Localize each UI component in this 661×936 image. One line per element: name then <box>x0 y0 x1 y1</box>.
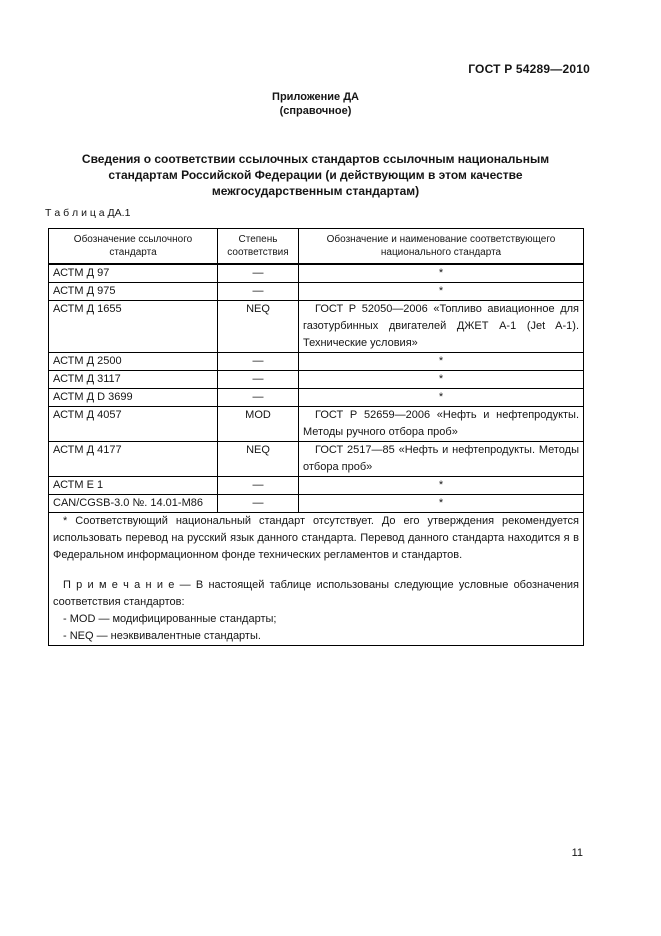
table-row: АСТМ Д 4177 NEQ ГОСТ 2517—85 «Нефть и не… <box>49 442 584 477</box>
national-standard-cell: * <box>299 264 584 283</box>
table-note-item: - MOD — модифицированные стандарты; <box>53 611 579 628</box>
referenced-standard-cell: АСТМ Д 4057 <box>49 407 218 442</box>
table-note-item: - NEQ — неэквивалентные стандарты. <box>53 628 579 645</box>
degree-cell: — <box>218 264 299 283</box>
degree-cell: — <box>218 371 299 389</box>
degree-cell: — <box>218 389 299 407</box>
referenced-standard-cell: АСТМ Д 97 <box>49 264 218 283</box>
degree-cell: — <box>218 283 299 301</box>
table-row: АСТМ Д 4057 MOD ГОСТ Р 52659—2006 «Нефть… <box>49 407 584 442</box>
section-title-line: стандартам Российской Федерации (и дейст… <box>48 167 583 183</box>
table-row: АСТМ Д D 3699 — * <box>49 389 584 407</box>
table-row: АСТМ Е 1 — * <box>49 477 584 495</box>
correspondence-table-container: Обозначение ссылочного стандарта Степень… <box>48 228 584 646</box>
degree-cell: NEQ <box>218 301 299 353</box>
document-page: ГОСТ Р 54289—2010 Приложение ДА (справоч… <box>0 0 661 936</box>
degree-cell: — <box>218 353 299 371</box>
national-standard-cell: * <box>299 283 584 301</box>
table-row: АСТМ Д 975 — * <box>49 283 584 301</box>
table-row: АСТМ Д 97 — * <box>49 264 584 283</box>
referenced-standard-cell: АСТМ Е 1 <box>49 477 218 495</box>
table-footer-row: * Соответствующий национальный стандарт … <box>49 513 584 646</box>
section-title-line: Сведения о соответствии ссылочных станда… <box>48 151 583 167</box>
national-standard-cell: * <box>299 371 584 389</box>
referenced-standard-cell: АСТМ Д D 3699 <box>49 389 218 407</box>
national-standard-cell: ГОСТ Р 52659—2006 «Нефть и нефтепродукты… <box>299 407 584 442</box>
appendix-label: Приложение ДА <box>48 90 583 104</box>
referenced-standard-cell: АСТМ Д 975 <box>49 283 218 301</box>
table-footnote-cell: * Соответствующий национальный стандарт … <box>49 513 584 646</box>
national-standard-cell: * <box>299 353 584 371</box>
document-number: ГОСТ Р 54289—2010 <box>48 62 590 76</box>
degree-cell: MOD <box>218 407 299 442</box>
section-title-line: межгосударственным стандартам) <box>48 183 583 199</box>
header-national-standard: Обозначение и наименование соответствующ… <box>299 229 584 265</box>
appendix-kind: (справочное) <box>48 104 583 118</box>
section-title: Сведения о соответствии ссылочных станда… <box>48 151 583 199</box>
degree-cell: — <box>218 495 299 513</box>
page-number: 11 <box>48 847 583 859</box>
appendix-heading: Приложение ДА (справочное) <box>48 90 583 118</box>
degree-cell: — <box>218 477 299 495</box>
table-row: CAN/CGSB-3.0 №. 14.01-M86 — * <box>49 495 584 513</box>
national-standard-cell: * <box>299 389 584 407</box>
referenced-standard-cell: АСТМ Д 1655 <box>49 301 218 353</box>
header-degree: Степень соответствия <box>218 229 299 265</box>
national-standard-cell: * <box>299 495 584 513</box>
header-referenced-standard: Обозначение ссылочного стандарта <box>49 229 218 265</box>
referenced-standard-cell: АСТМ Д 2500 <box>49 353 218 371</box>
national-standard-cell: ГОСТ Р 52050—2006 «Топливо авиационное д… <box>299 301 584 353</box>
national-standard-cell: * <box>299 477 584 495</box>
table-header-row: Обозначение ссылочного стандарта Степень… <box>49 229 584 265</box>
table-note-intro: П р и м е ч а н и е — В настоящей таблиц… <box>53 577 579 611</box>
table-footnote: * Соответствующий национальный стандарт … <box>53 513 579 564</box>
table-row: АСТМ Д 2500 — * <box>49 353 584 371</box>
table-caption: Т а б л и ц а ДА.1 <box>45 207 130 219</box>
referenced-standard-cell: АСТМ Д 3117 <box>49 371 218 389</box>
referenced-standard-cell: АСТМ Д 4177 <box>49 442 218 477</box>
correspondence-table: Обозначение ссылочного стандарта Степень… <box>48 228 584 646</box>
table-row: АСТМ Д 1655 NEQ ГОСТ Р 52050—2006 «Топли… <box>49 301 584 353</box>
referenced-standard-cell: CAN/CGSB-3.0 №. 14.01-M86 <box>49 495 218 513</box>
table-row: АСТМ Д 3117 — * <box>49 371 584 389</box>
degree-cell: NEQ <box>218 442 299 477</box>
national-standard-cell: ГОСТ 2517—85 «Нефть и нефтепродукты. Мет… <box>299 442 584 477</box>
